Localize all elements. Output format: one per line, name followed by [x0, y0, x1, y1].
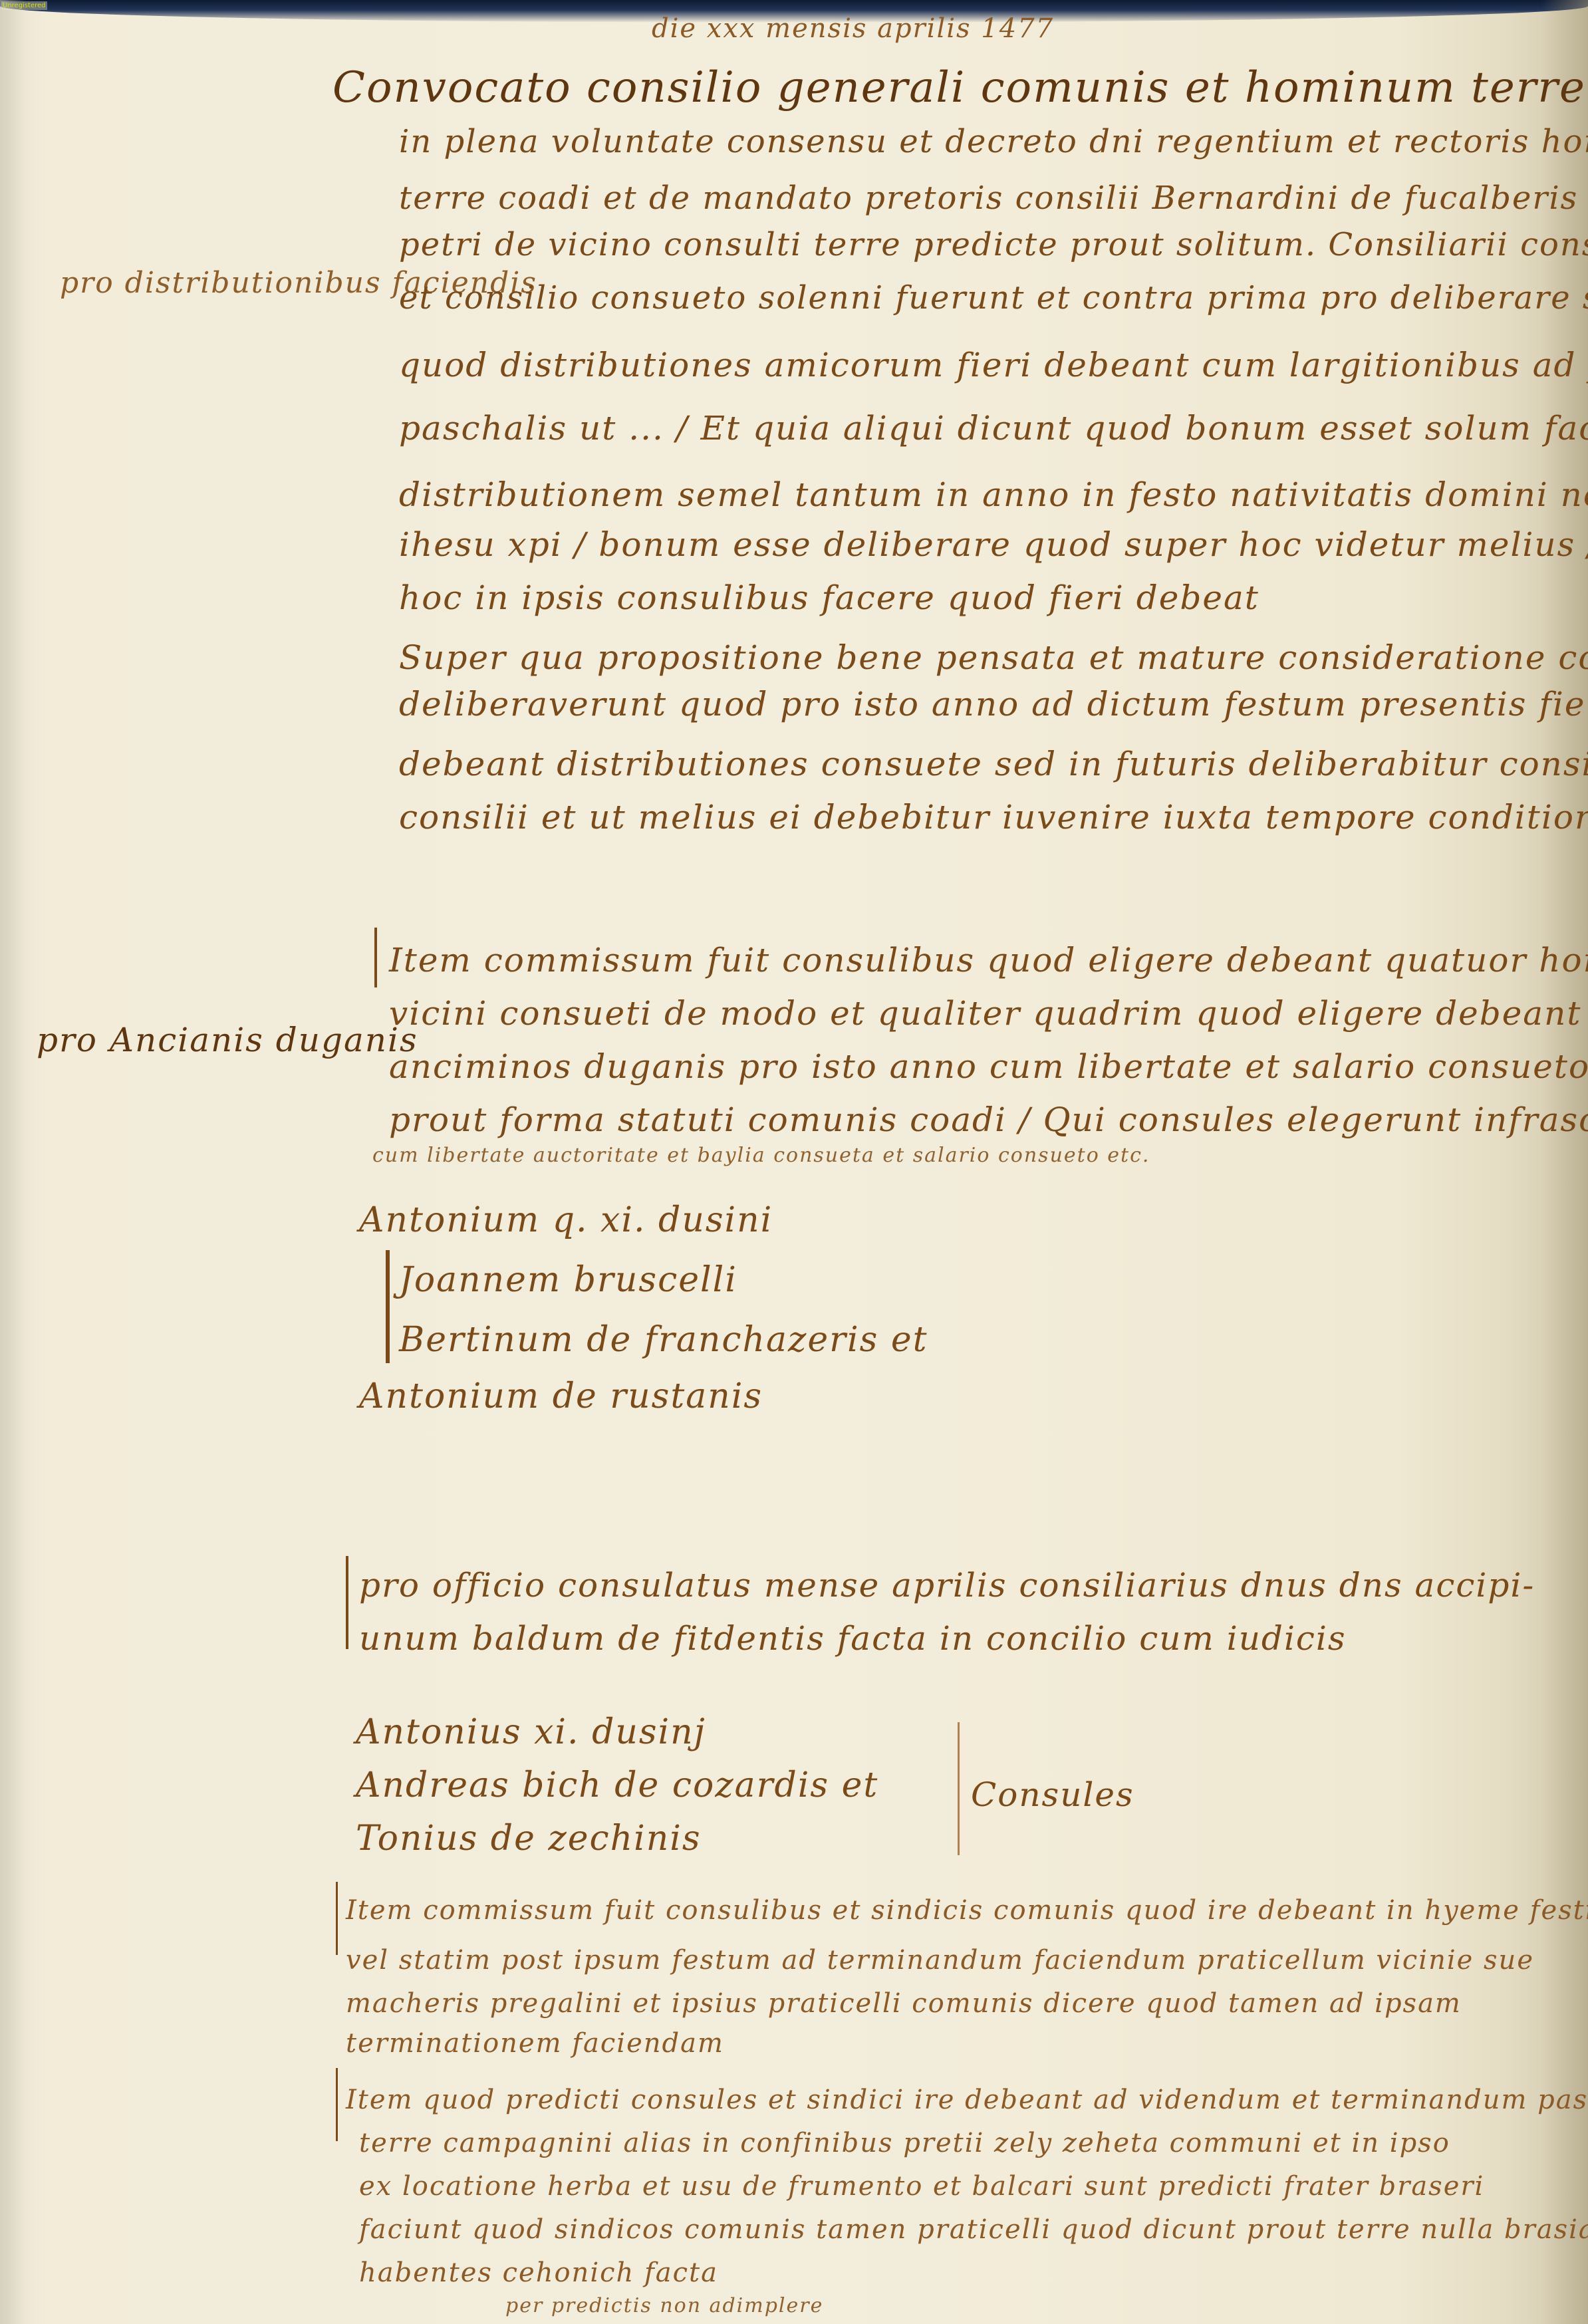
name-entry: Antonius xi. dusinj: [356, 1712, 706, 1752]
page-left-edge: [0, 0, 27, 2324]
text-line: hoc in ipsis consulibus facere quod fier…: [399, 579, 1259, 617]
name-entry: Joannem bruscelli: [399, 1260, 737, 1300]
paragraph-mark: [346, 1556, 348, 1649]
text-line: petri de vicino consulti terre predicte …: [399, 226, 1588, 263]
text-line: distributionem semel tantum in anno in f…: [399, 475, 1588, 514]
name-entry: Antonium de rustanis: [359, 1376, 763, 1416]
paragraph-mark: [374, 928, 377, 987]
text-line: ex locatione herba et usu de frumento et…: [359, 2171, 1484, 2202]
margin-note-anciani: pro Ancianis duganis: [37, 1021, 418, 1059]
text-line: per predictis non adimplere: [505, 2294, 823, 2317]
text-line: et consilio consueto solenni fuerunt et …: [399, 279, 1588, 317]
text-line: Item commissum fuit consulibus quod elig…: [389, 941, 1588, 979]
text-line: deliberaverunt quod pro isto anno ad dic…: [399, 685, 1588, 723]
text-line: Item quod predicti consules et sindici i…: [346, 2085, 1588, 2115]
text-line: unum baldum de fitdentis facta in concil…: [359, 1619, 1347, 1658]
text-line: quod distributiones amicorum fieri debea…: [399, 346, 1588, 384]
list-bracket: [386, 1250, 390, 1363]
text-line: consilii et ut melius ei debebitur iuven…: [399, 798, 1588, 837]
paragraph-mark: [336, 1882, 338, 1955]
paragraph-mark: [336, 2068, 338, 2141]
name-entry: Andreas bich de cozardis et: [356, 1765, 878, 1805]
text-line: terre campagnini alias in confinibus pre…: [359, 2128, 1450, 2158]
header-date: die xxx mensis aprilis 1477: [652, 13, 1054, 44]
text-line: Item commissum fuit consulibus et sindic…: [346, 1895, 1588, 1926]
text-line: anciminos duganis pro isto anno cum libe…: [389, 1047, 1588, 1086]
text-line: cum libertate auctoritate et baylia cons…: [372, 1144, 1150, 1167]
name-entry: Bertinum de franchazeris et: [399, 1320, 928, 1360]
text-line: Super qua propositione bene pensata et m…: [399, 638, 1588, 677]
text-line: ihesu xpi / bonum esse deliberare quod s…: [399, 525, 1588, 564]
text-line: macheris pregalini et ipsius praticelli …: [346, 1988, 1462, 2019]
side-label-consules: Consules: [971, 1775, 1134, 1814]
name-entry: Antonium q. xi. dusini: [359, 1200, 773, 1240]
group-bracket: [958, 1722, 960, 1855]
text-line: pro officio consulatus mense aprilis con…: [359, 1566, 1535, 1605]
text-line: terre coadi et de mandato pretoris consi…: [399, 180, 1588, 217]
text-line: faciunt quod sindicos comunis tamen prat…: [359, 2214, 1588, 2245]
text-line: vel statim post ipsum festum ad terminan…: [346, 1945, 1534, 1976]
name-entry: Tonius de zechinis: [356, 1819, 702, 1859]
text-line: habentes cehonich facta: [359, 2258, 718, 2288]
text-line: terminationem faciendam: [346, 2028, 724, 2059]
text-line: debeant distributiones consuete sed in f…: [399, 745, 1588, 783]
text-line: in plena voluntate consensu et decreto d…: [399, 123, 1588, 160]
text-line: Convocato consilio generali comunis et h…: [332, 63, 1588, 112]
text-line: prout forma statuti comunis coadi / Qui …: [389, 1100, 1588, 1139]
text-line: paschalis ut ... / Et quia aliqui dicunt…: [399, 409, 1588, 448]
text-line: vicini consueti de modo et qualiter quad…: [389, 994, 1581, 1033]
watermark-label: Unregistered: [1, 1, 47, 10]
